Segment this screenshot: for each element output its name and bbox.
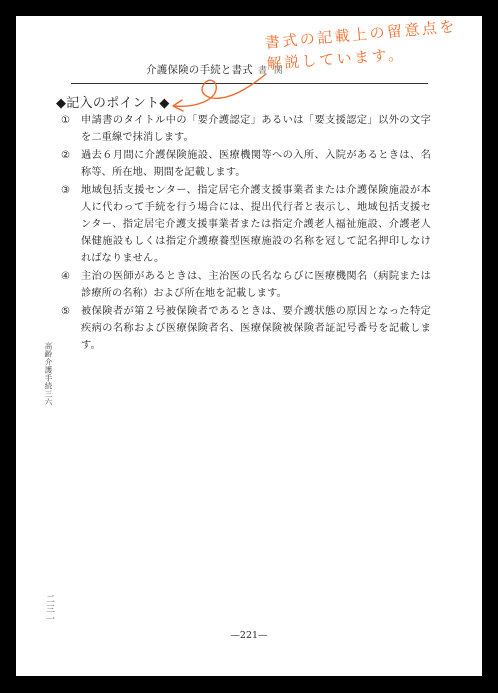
margin-vertical-label: 高齢介護手続三六 xyxy=(43,342,54,406)
margin-kanji-page-number: 二三一 xyxy=(43,594,56,624)
list-item: ② 過去６月間に介護保険施設、医療機関等への入所、入院があるときは、名称等、所在… xyxy=(61,147,431,181)
list-item: ① 申請書のタイトル中の「要介護認定」あるいは「要支援認定」以外の文字を二重線で… xyxy=(61,112,431,146)
item-text: 主治の医師があるときは、主治医の氏名ならびに医療機関名（病院または診療所の名称）… xyxy=(81,268,431,302)
annotation-arrow-icon xyxy=(166,56,276,116)
item-number: ④ xyxy=(61,268,70,285)
item-number: ③ xyxy=(61,182,70,199)
list-item: ③ 地域包括支援センター、指定居宅介護支援事業者または介護保険施設が本人に代わっ… xyxy=(61,182,431,267)
item-text: 過去６月間に介護保険施設、医療機関等への入所、入院があるときは、名称等、所在地、… xyxy=(81,147,431,181)
list-item: ⑤ 被保険者が第２号被保険者であるときは、要介護状態の原因となった特定疾病の名称… xyxy=(61,303,431,354)
item-text: 被保険者が第２号被保険者であるときは、要介護状態の原因となった特定疾病の名称およ… xyxy=(81,303,431,354)
item-number: ① xyxy=(61,112,70,129)
list-item: ④ 主治の医師があるときは、主治医の氏名ならびに医療機関名（病院または診療所の名… xyxy=(61,268,431,302)
document-page: 介護保険の手続と書式 書 関 書式の記載上の留意点を 解説しています。 ◆記入の… xyxy=(16,16,482,676)
item-text: 申請書のタイトル中の「要介護認定」あるいは「要支援認定」以外の文字を二重線で抹消… xyxy=(81,112,431,146)
page-number: —221— xyxy=(16,630,482,641)
item-number: ② xyxy=(61,147,70,164)
item-number: ⑤ xyxy=(61,303,70,320)
entry-points-list: ① 申請書のタイトル中の「要介護認定」あるいは「要支援認定」以外の文字を二重線で… xyxy=(61,112,431,355)
item-text: 地域包括支援センター、指定居宅介護支援事業者または介護保険施設が本人に代わって手… xyxy=(81,182,431,267)
section-title: ◆記入のポイント◆ xyxy=(56,92,170,111)
